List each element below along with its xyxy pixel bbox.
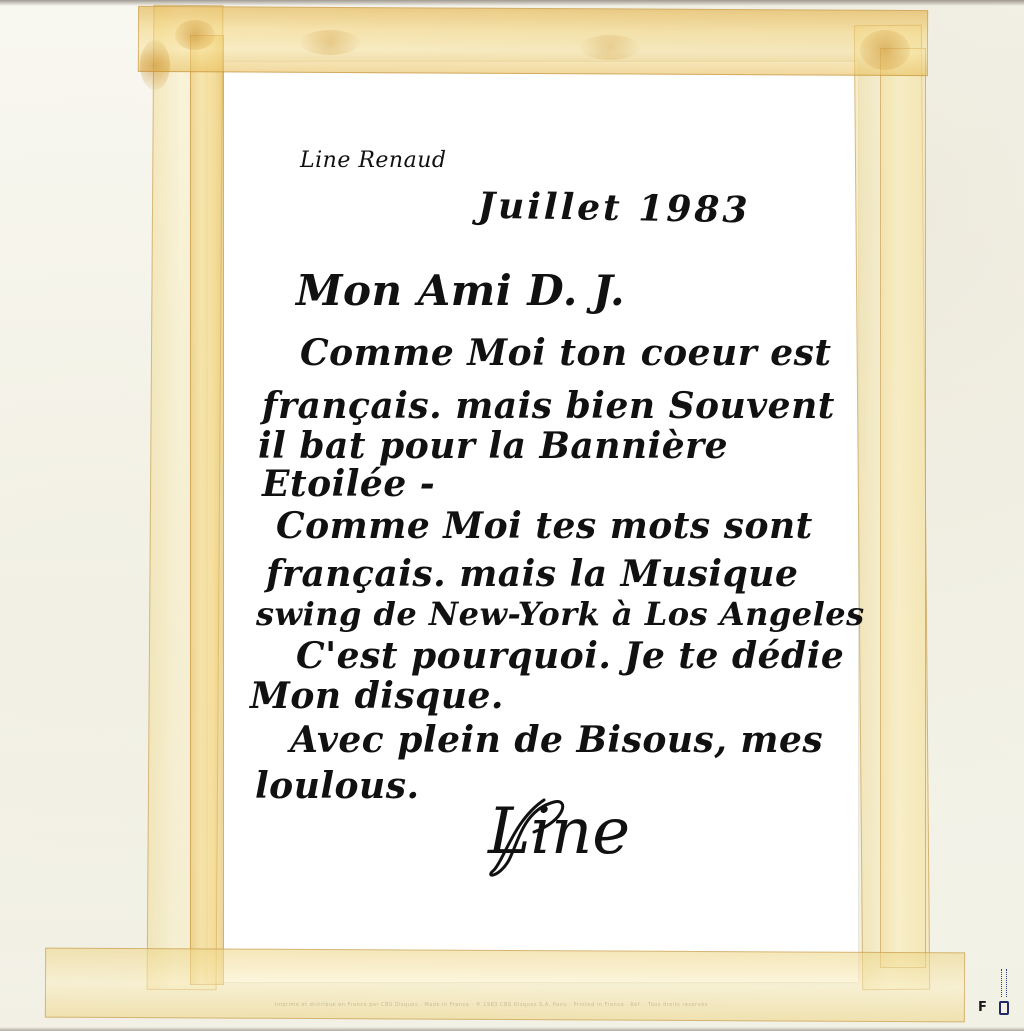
- letter-line: Comme Moi tes mots sont: [276, 508, 813, 544]
- letter-line: français. mais bien Souvent: [262, 388, 835, 424]
- label-logo-icon: [999, 969, 1009, 1017]
- bottom-edge-shadow: [0, 1027, 1024, 1031]
- letter-line: loulous.: [255, 768, 420, 804]
- tape-strip-bottom: [45, 948, 965, 1023]
- letter-line: Avec plein de Bisous, mes: [290, 722, 823, 758]
- tape-strip-left-overlay: [190, 35, 224, 985]
- tape-stain: [580, 35, 640, 60]
- catalog-letter: F: [978, 1000, 987, 1015]
- signature: Line: [488, 800, 630, 864]
- letter-line: il bat pour la Bannière: [258, 428, 728, 464]
- letterhead: Line Renaud: [300, 150, 446, 172]
- label-logo-mark: [999, 1001, 1009, 1015]
- legal-print-line: Imprimé et distribué en France par CBS D…: [275, 1002, 815, 1008]
- tape-stain: [860, 30, 910, 70]
- tape-strip-top: [138, 6, 928, 76]
- letter-line: Mon disque.: [250, 678, 504, 714]
- tape-stain: [300, 30, 360, 55]
- letter-line: Etoilée -: [262, 466, 435, 502]
- letter-line: swing de New-York à Los Angeles: [256, 598, 865, 630]
- tape-strip-right-inner: [880, 48, 926, 968]
- tape-stain: [175, 20, 215, 50]
- letter-line: Comme Moi ton coeur est: [300, 335, 832, 371]
- label-logo-text-bar: [1001, 969, 1007, 997]
- salutation: Mon Ami D. J.: [296, 270, 625, 312]
- letter-line: C'est pourquoi. Je te dédie: [296, 638, 844, 674]
- letter-date: Juillet 1983: [478, 188, 751, 229]
- letter-line: français. mais la Musique: [266, 556, 798, 592]
- tape-stain: [140, 40, 170, 90]
